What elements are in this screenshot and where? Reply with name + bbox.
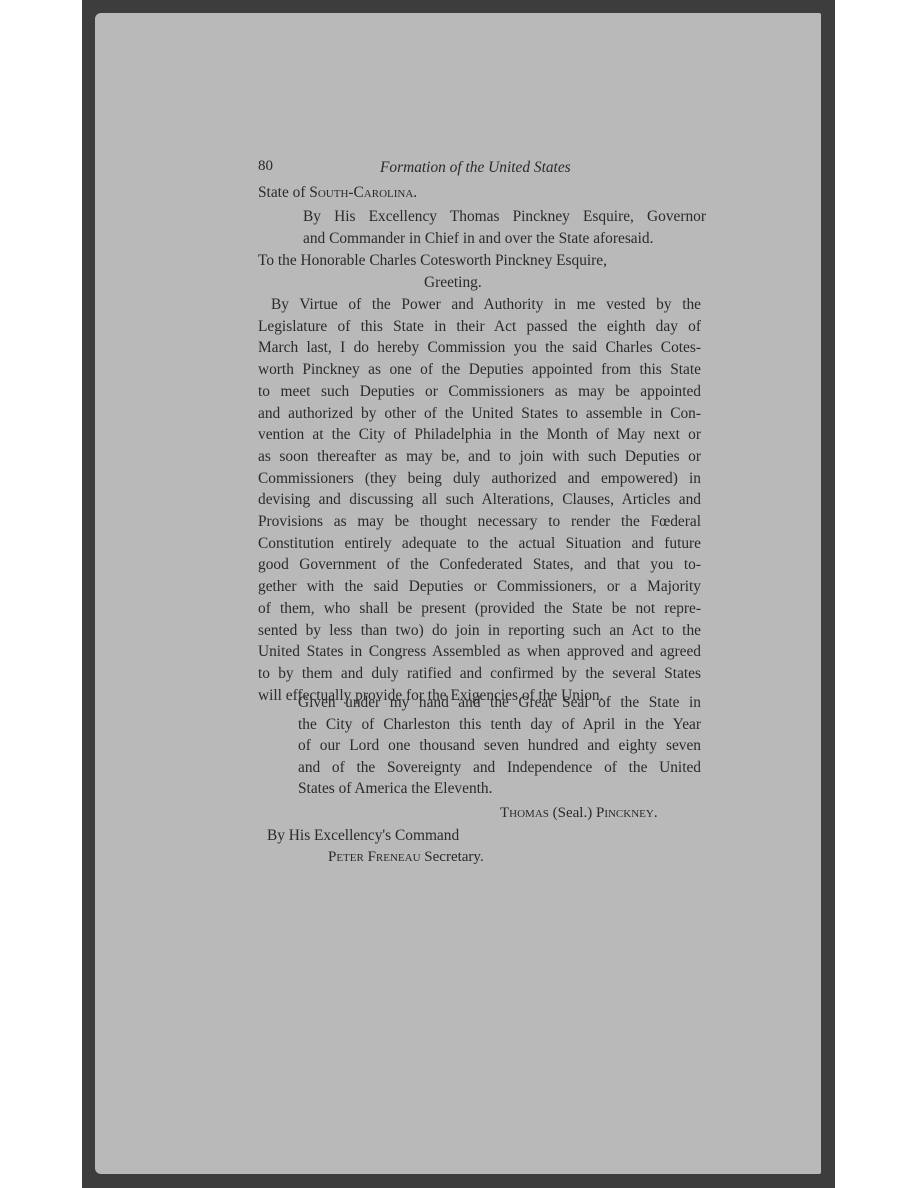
text-line: the City of Charleston this tenth day of…	[298, 717, 701, 732]
state-heading: State of South-Carolina.	[258, 185, 417, 200]
text-line: to by them and duly ratified and confirm…	[258, 666, 701, 681]
signature-first-name: Thomas	[500, 805, 549, 821]
text-line: of them, who shall be present (provided …	[258, 601, 701, 616]
text-line: Legislature of this State in their Act p…	[258, 319, 701, 334]
addressee: To the Honorable Charles Cotesworth Pinc…	[258, 253, 607, 268]
text-line: By Virtue of the Power and Authority in …	[271, 297, 701, 312]
text-line: and authorized by other of the United St…	[258, 406, 701, 421]
text-line: vention at the City of Philadelphia in t…	[258, 427, 701, 442]
text-line: as soon thereafter as may be, and to joi…	[258, 449, 701, 464]
page-number: 80	[258, 159, 273, 174]
governor-signature: Thomas (Seal.) Pinckney.	[500, 806, 658, 821]
secretary-signature: Peter Freneau Secretary.	[328, 850, 484, 865]
text-line: States of America the Eleventh.	[298, 781, 701, 796]
secretary-name: Peter Freneau	[328, 849, 421, 865]
seal-mark: (Seal.)	[549, 805, 596, 821]
text-line: gether with the said Deputies or Commiss…	[258, 579, 701, 594]
text-line: sented by less than two) do join in repo…	[258, 623, 701, 638]
state-heading-name: South-Carolina.	[309, 184, 417, 201]
text-line: good Government of the Confederated Stat…	[258, 557, 701, 572]
text-line: By His Excellency Thomas Pinckney Esquir…	[303, 209, 706, 224]
text-line: to meet such Deputies or Commissioners a…	[258, 384, 701, 399]
text-line: and of the Sovereignty and Independence …	[298, 760, 701, 775]
text-line: devising and discussing all such Alterat…	[258, 492, 701, 507]
greeting: Greeting.	[424, 275, 482, 290]
text-line: Commissioners (they being duly authorize…	[258, 471, 701, 486]
text-line: Constitution entirely adequate to the ac…	[258, 536, 701, 551]
text-line: Provisions as may be thought necessary t…	[258, 514, 701, 529]
command-line: By His Excellency's Command	[267, 828, 459, 843]
state-heading-prefix: State of	[258, 184, 309, 201]
text-line: United States in Congress Assembled as w…	[258, 644, 701, 659]
text-line: and Commander in Chief in and over the S…	[303, 231, 706, 246]
text-line: Given under my hand and the Great Seal o…	[298, 695, 701, 710]
text-line: worth Pinckney as one of the Deputies ap…	[258, 362, 701, 377]
running-title: Formation of the United States	[380, 160, 571, 175]
secretary-title: Secretary.	[421, 849, 484, 865]
text-line: of our Lord one thousand seven hundred a…	[298, 738, 701, 753]
signature-last-name: Pinckney.	[596, 805, 658, 821]
text-line: March last, I do hereby Commission you t…	[258, 340, 701, 355]
